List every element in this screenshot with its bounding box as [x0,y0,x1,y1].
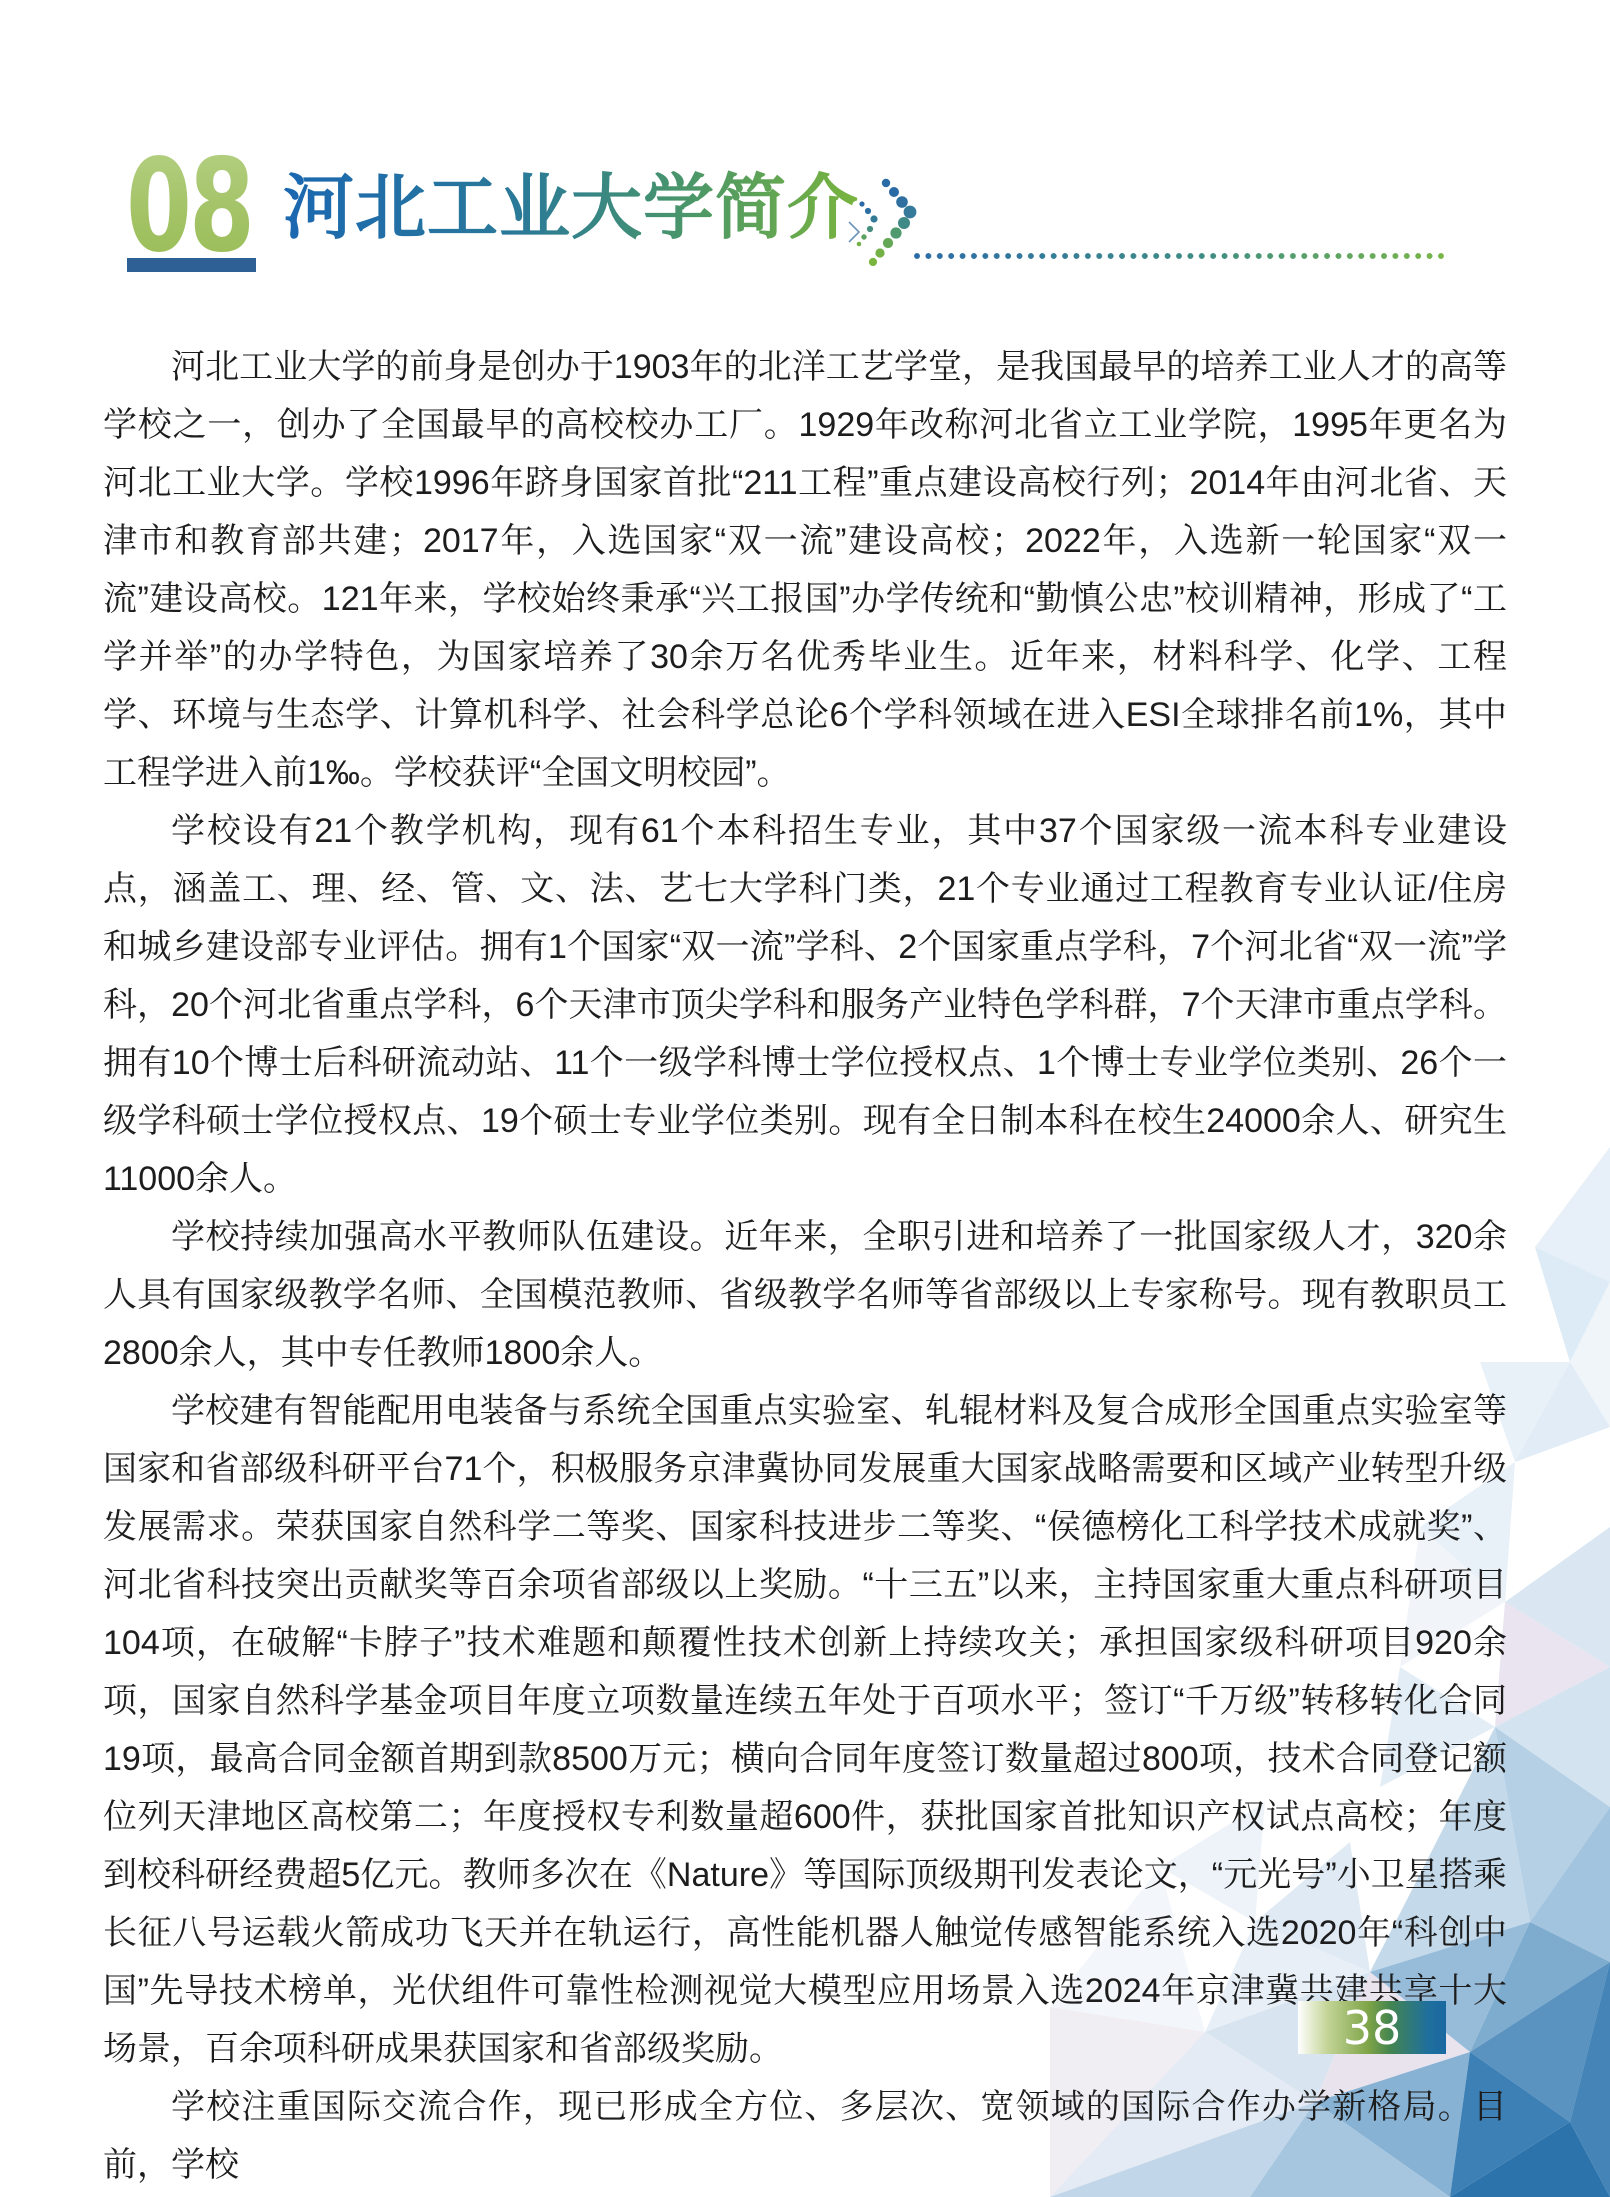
section-number-underline [127,258,256,272]
body-paragraph: 学校持续加强高水平教师队伍建设。近年来，全职引进和培养了一批国家级人才，320余… [103,1208,1507,1382]
body-paragraph: 学校建有智能配用电装备与系统全国重点实验室、轧辊材料及复合成形全国重点实验室等国… [103,1382,1507,2078]
chevron-arrows-icon [845,175,919,269]
body-text-block: 河北工业大学的前身是创办于1903年的北洋工艺学堂，是我国最早的培养工业人才的高… [103,338,1507,2194]
page-number: 38 [1343,2005,1402,2051]
page-title: 河北工业大学简介 [283,170,859,248]
body-paragraph: 学校注重国际交流合作，现已形成全方位、多层次、宽领域的国际合作办学新格局。目前，… [103,2078,1507,2194]
section-number: 08 [126,143,252,271]
page-number-badge: 38 [1298,2001,1446,2054]
page: 08 河北工业大学简介 [0,0,1610,2197]
dotted-divider [912,251,1446,261]
body-paragraph: 河北工业大学的前身是创办于1903年的北洋工艺学堂，是我国最早的培养工业人才的高… [103,338,1507,802]
body-paragraph: 学校设有21个教学机构，现有61个本科招生专业，其中37个国家级一流本科专业建设… [103,802,1507,1208]
